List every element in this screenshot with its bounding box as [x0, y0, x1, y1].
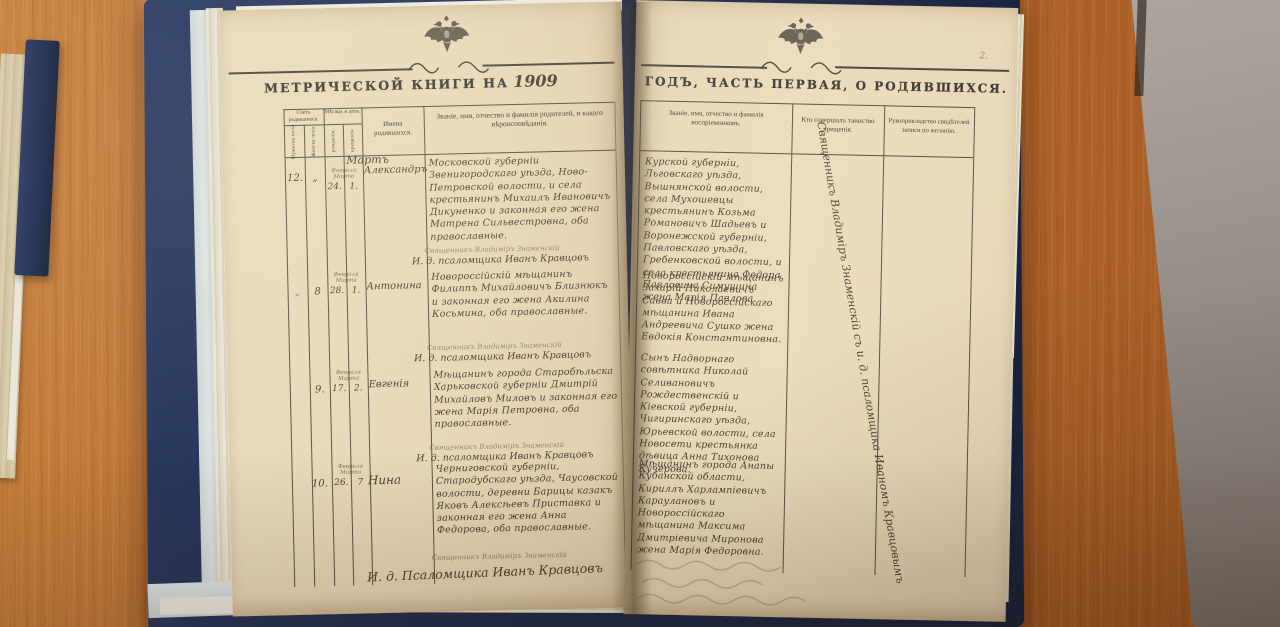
entry-baptism-day: 1.	[346, 285, 365, 295]
photo-of-metrical-book: Метрической книги на 1909 Счетъ родивших…	[0, 0, 1280, 627]
bottom-clerk-signature: И. д. Псаломщика Иванъ Кравцовъ	[350, 559, 620, 585]
imperial-eagle-icon	[421, 13, 472, 58]
entry-birth-day: 28.	[327, 286, 346, 296]
entry-name: Антонина	[366, 280, 426, 292]
page-number-mark: 2.	[979, 51, 988, 61]
entry-male-no: „	[287, 287, 307, 298]
entry-name: Нина	[368, 472, 432, 487]
entry-baptism-day: 1.	[344, 181, 363, 191]
entry-parents-text: Мѣщанинъ города Старобѣльска Харьковской…	[433, 366, 619, 432]
officiant-vertical-note: Священникъ Владиміръ Знаменскій съ и. д.…	[810, 120, 910, 587]
grid-v4	[964, 107, 975, 577]
entry-month-note: Февраля Марта	[329, 369, 367, 382]
right-page-title: годъ, часть первая, о родившихся.	[645, 74, 1005, 96]
grid-v5	[361, 107, 373, 585]
right-page: годъ, часть первая, о родившихся. 2. Зва…	[624, 0, 1019, 622]
header-rule-left	[229, 68, 413, 74]
entry-month-note: Февраля Марта	[327, 271, 365, 284]
left-title-text: Метрической книги на	[264, 75, 509, 96]
entry-birth-day: 17.	[330, 384, 349, 394]
entry-birth-day: 24.	[325, 182, 344, 192]
entry-female-no: 9.	[310, 384, 330, 395]
ink-bleedthrough	[632, 552, 973, 615]
entry-birth-day: 26.	[332, 478, 351, 488]
header-rule-left	[641, 64, 767, 69]
column-header-count-male: Мужеска пола.	[284, 125, 305, 157]
column-header-names: Имена родившихся.	[364, 119, 422, 138]
column-header-godparents: Званіе, имя, отчество и фамилія воспріем…	[648, 108, 784, 129]
column-header-date-baptism: крещенія.	[343, 123, 363, 155]
grid-top	[640, 100, 974, 108]
entry-parents-text: Черниговской губерніи, Стародубскаго уѣз…	[436, 460, 623, 538]
book-gutter-shadow	[612, 2, 652, 616]
rule-flourish-icon	[759, 55, 843, 79]
entry-parents-text: Московской губерніи Звенигородскаго уѣзд…	[429, 154, 616, 244]
column-header-date-group: Мѣсяцъ и день.	[323, 108, 361, 115]
entry-month-note: Февраля Марта	[325, 167, 363, 180]
column-header-date-birth: рожденія.	[324, 124, 344, 156]
entry-godparents-text: Новороссійскій мѣщанинъ Захарій Николаев…	[641, 270, 785, 347]
column-header-parents: Званіе, имя, отчество и фамилія родителе…	[428, 108, 612, 130]
column-header-count-group: Счетъ родившихся.	[283, 109, 323, 123]
header-rule-right	[482, 62, 614, 67]
imperial-eagle-icon	[775, 15, 826, 60]
entry-parents-text: Новороссійскій мѣщанинъ Филиппъ Михайлов…	[431, 268, 617, 321]
column-header-count-female: Женска пола.	[304, 124, 325, 156]
entry-name: Евгенія	[369, 378, 429, 390]
header-rule-right	[835, 66, 1009, 72]
entry-godparents-text: Мѣщанинъ города Анапы Кубанской области,…	[637, 458, 781, 559]
left-page: Метрической книги на 1909 Счетъ родивших…	[219, 2, 635, 617]
left-page-title: Метрической книги на 1909	[251, 71, 571, 98]
entry-name: Александръ	[364, 164, 424, 176]
left-title-year: 1909	[513, 71, 558, 91]
entry-female-no: 8	[307, 286, 327, 297]
grid-v4	[343, 124, 354, 586]
column-header-witnesses: Рукоприкладство свидѣтелей записи по жел…	[888, 117, 970, 136]
entry-female-no: 10.	[308, 478, 332, 490]
grid-v2	[304, 125, 315, 587]
entry-baptism-day: 2.	[349, 383, 368, 393]
entry-month-note: Февраля Марта	[331, 463, 369, 476]
entry-male-no: 12.	[285, 173, 305, 184]
entry-female-no: „	[305, 172, 325, 183]
column-header-officiant: Кто совершалъ таинство крещенія.	[796, 115, 880, 135]
